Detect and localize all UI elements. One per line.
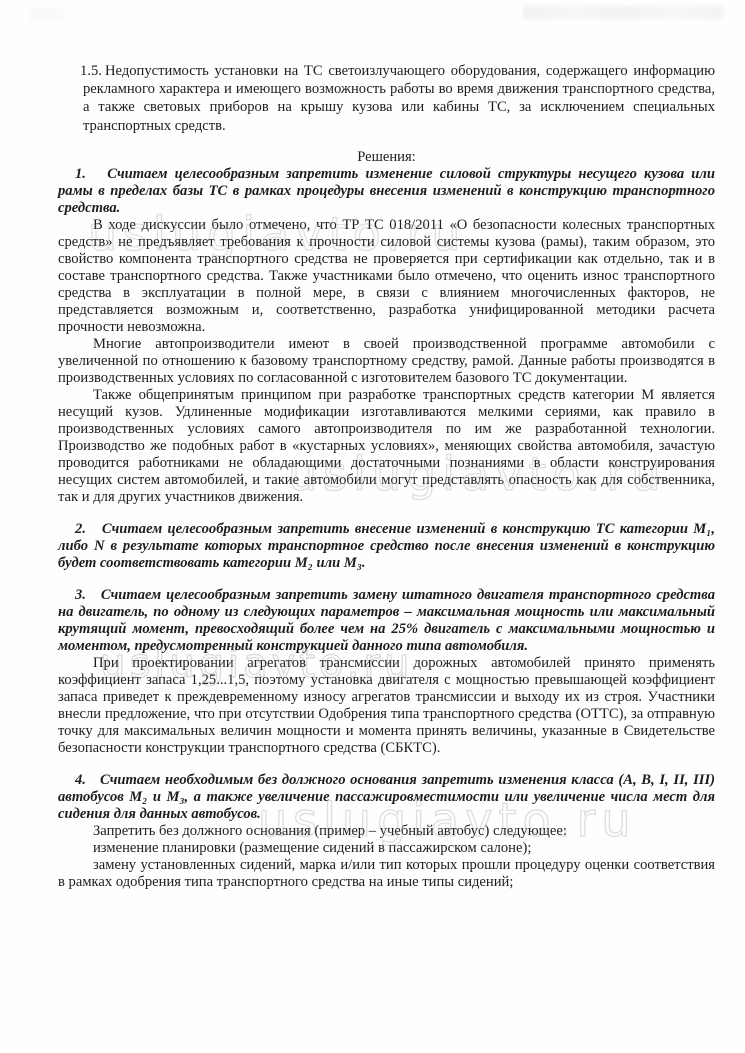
resolution-item-1: 1. Считаем целесообразным запретить изме…	[58, 166, 715, 217]
paragraph-transmission-margin: При проектировании агрегатов трансмиссии…	[58, 655, 715, 757]
paragraph-monocoque-body: Также общепринятым принципом при разрабо…	[58, 387, 715, 506]
paragraph-seat-replacement: замену установленных сидений, марка и/ил…	[58, 857, 715, 891]
clause-1-5: 1.5. Недопустимость установки на ТС свет…	[83, 62, 715, 135]
corner-scan-artifact	[30, 8, 64, 22]
paragraph-layout-change: изменение планировки (размещение сидений…	[58, 840, 715, 857]
discussion-paragraph-strength: В ходе дискуссии было отмечено, что ТР Т…	[58, 217, 715, 336]
decisions-heading: Решения:	[58, 149, 715, 166]
resolution-item-3: 3. Считаем целесообразным запретить заме…	[58, 587, 715, 655]
paragraph-prohibit-intro: Запретить без должного основания (пример…	[58, 823, 715, 840]
faded-header-scan-artifact	[523, 6, 723, 19]
clause-number: 1.5.	[58, 62, 102, 80]
clause-text: Недопустимость установки на ТС светоизлу…	[83, 63, 715, 134]
document-body: 1.5. Недопустимость установки на ТС свет…	[58, 62, 715, 891]
scanned-document-page: uslugiavto.ru uslugiavto.ru uslugiavto.r…	[0, 0, 745, 1053]
resolution-item-2: 2. Считаем целесообразным запретить внес…	[58, 521, 715, 572]
resolution-item-4: 4. Считаем необходимым без должного осно…	[58, 772, 715, 823]
paragraph-manufacturers: Многие автопроизводители имеют в своей п…	[58, 336, 715, 387]
